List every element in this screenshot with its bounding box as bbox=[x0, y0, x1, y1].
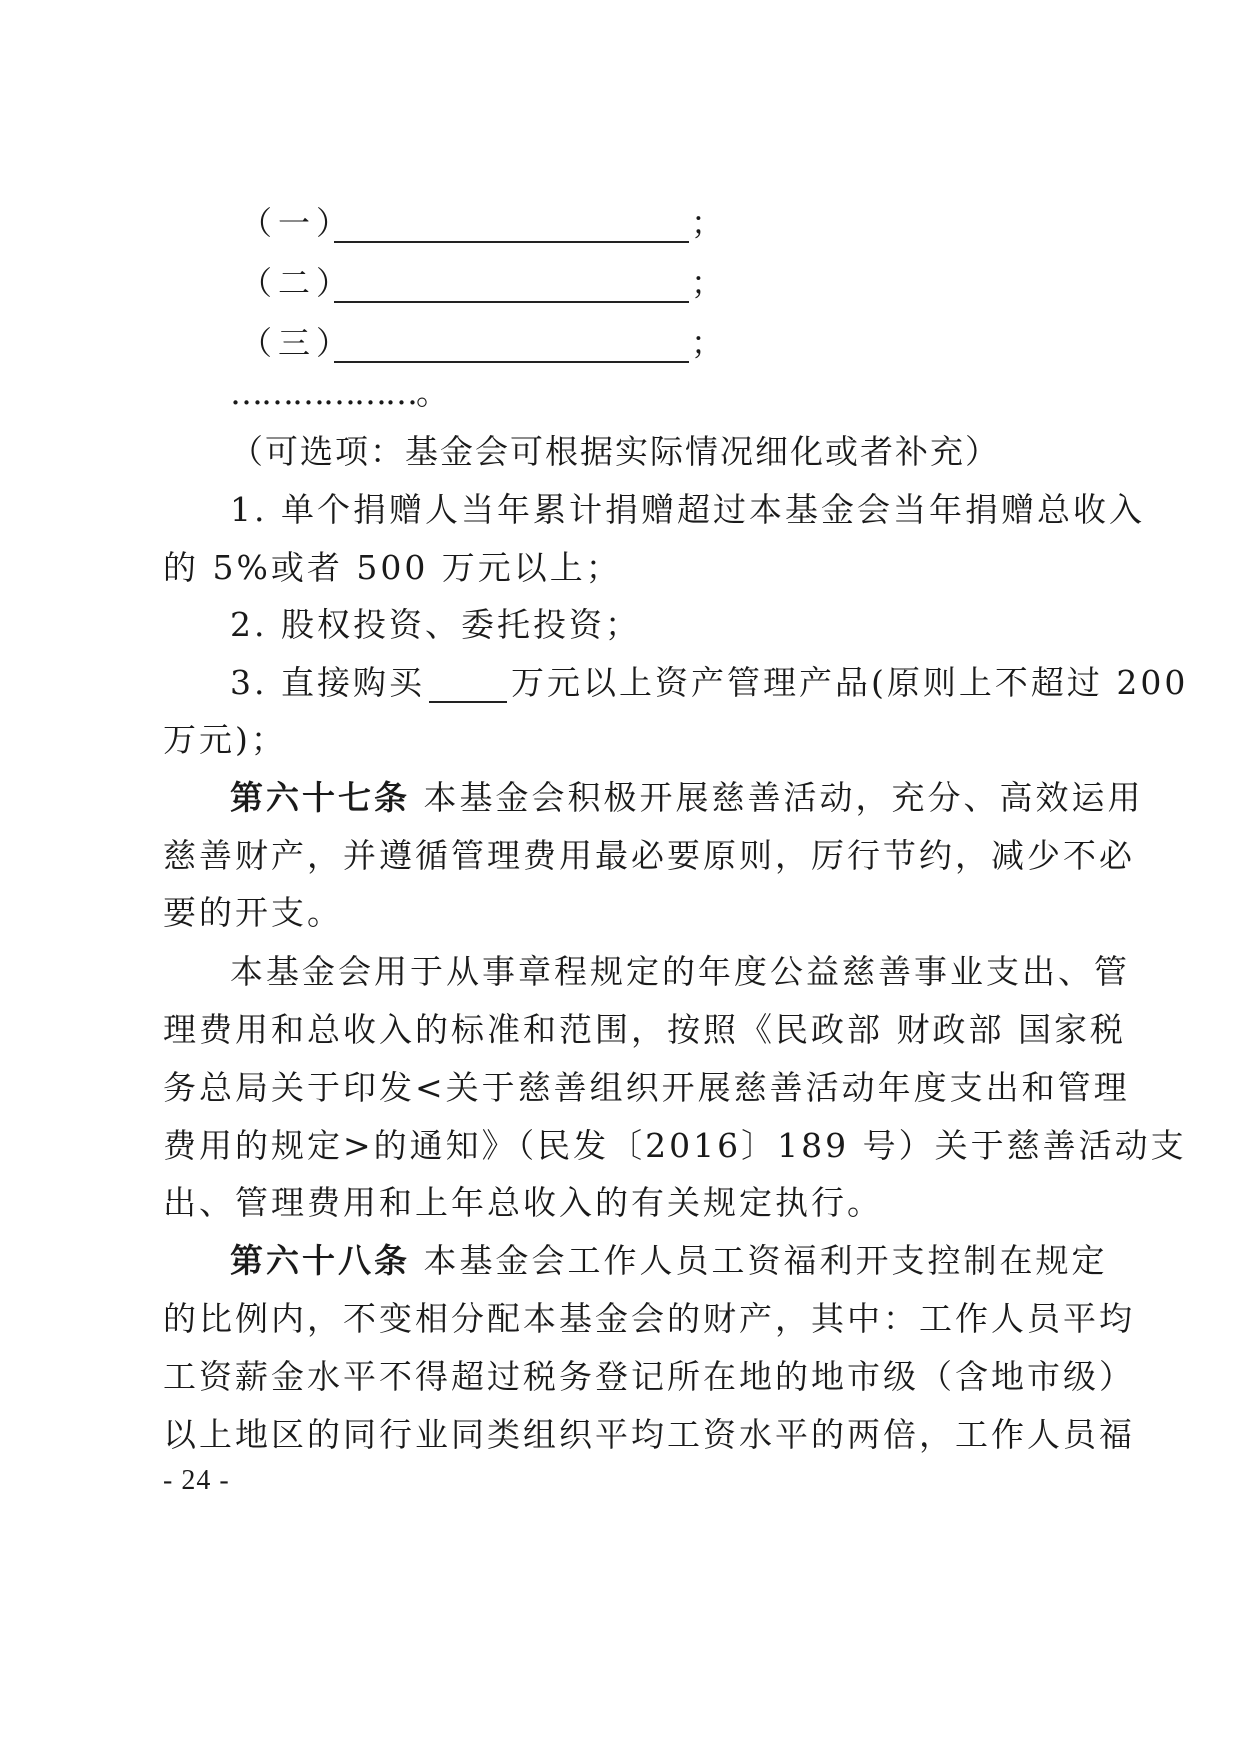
article-68-line-4: 以上地区的同行业同类组织平均工资水平的两倍，工作人员福 bbox=[163, 1415, 1083, 1455]
ellipsis: ………………。 bbox=[230, 373, 1150, 413]
punctuation: ； bbox=[691, 203, 723, 243]
expense-paragraph-line-4: 费用的规定>的通知》（民发〔2016〕189 号）关于慈善活动支 bbox=[163, 1126, 1083, 1166]
article-67-line-3: 要的开支。 bbox=[163, 893, 1083, 933]
blank-label: （一） bbox=[240, 203, 330, 243]
expense-paragraph-line-5: 出、管理费用和上年总收入的有关规定执行。 bbox=[163, 1183, 1083, 1223]
article-67-title: 第六十七条 bbox=[230, 778, 410, 817]
fill-in-blank bbox=[334, 205, 689, 243]
article-67-line-1: 第六十七条 本基金会积极开展慈善活动，充分、高效运用 bbox=[230, 778, 1150, 818]
expense-paragraph-line-2: 理费用和总收入的标准和范围，按照《民政部 财政部 国家税 bbox=[163, 1010, 1083, 1050]
article-67-text: 本基金会积极开展慈善活动，充分、高效运用 bbox=[424, 778, 1144, 817]
item-1-line-2: 的 5%或者 500 万元以上； bbox=[163, 548, 1083, 588]
article-68-line-2: 的比例内，不变相分配本基金会的财产，其中：工作人员平均 bbox=[163, 1299, 1083, 1339]
article-68-title: 第六十八条 bbox=[230, 1241, 410, 1280]
optional-note: （可选项：基金会可根据实际情况细化或者补充） bbox=[230, 432, 1150, 472]
fill-in-blank bbox=[334, 265, 689, 303]
punctuation: ； bbox=[691, 323, 723, 363]
article-68-text: 本基金会工作人员工资福利开支控制在规定 bbox=[424, 1241, 1108, 1280]
fill-in-blank bbox=[334, 325, 689, 363]
article-68-line-1: 第六十八条 本基金会工作人员工资福利开支控制在规定 bbox=[230, 1241, 1150, 1281]
fill-in-blank bbox=[429, 669, 507, 703]
document-page: （一）； （二）； （三）； ………………。 （可选项：基金会可根据实际情况细化… bbox=[0, 0, 1241, 1755]
blank-item-1: （一）； bbox=[240, 203, 723, 243]
item-3-suffix: 万元以上资产管理产品(原则上不超过 200 bbox=[511, 663, 1188, 702]
item-1-line-1: 1. 单个捐赠人当年累计捐赠超过本基金会当年捐赠总收入 bbox=[230, 490, 1150, 530]
item-3-line-2: 万元)； bbox=[163, 720, 1083, 760]
article-68-line-3: 工资薪金水平不得超过税务登记所在地的地市级（含地市级） bbox=[163, 1357, 1083, 1397]
article-67-line-2: 慈善财产，并遵循管理费用最必要原则，厉行节约，减少不必 bbox=[163, 836, 1083, 876]
punctuation: ； bbox=[691, 263, 723, 303]
item-3-prefix: 3. 直接购买 bbox=[230, 663, 425, 702]
page-number: - 24 - bbox=[163, 1465, 230, 1497]
item-2: 2. 股权投资、委托投资； bbox=[230, 605, 1150, 645]
blank-item-3: （三）； bbox=[240, 323, 723, 363]
item-3-line-1: 3. 直接购买万元以上资产管理产品(原则上不超过 200 bbox=[230, 663, 1150, 703]
blank-label: （二） bbox=[240, 263, 330, 303]
blank-label: （三） bbox=[240, 323, 330, 363]
expense-paragraph-line-1: 本基金会用于从事章程规定的年度公益慈善事业支出、管 bbox=[230, 952, 1150, 992]
expense-paragraph-line-3: 务总局关于印发<关于慈善组织开展慈善活动年度支出和管理 bbox=[163, 1068, 1083, 1108]
blank-item-2: （二）； bbox=[240, 263, 723, 303]
